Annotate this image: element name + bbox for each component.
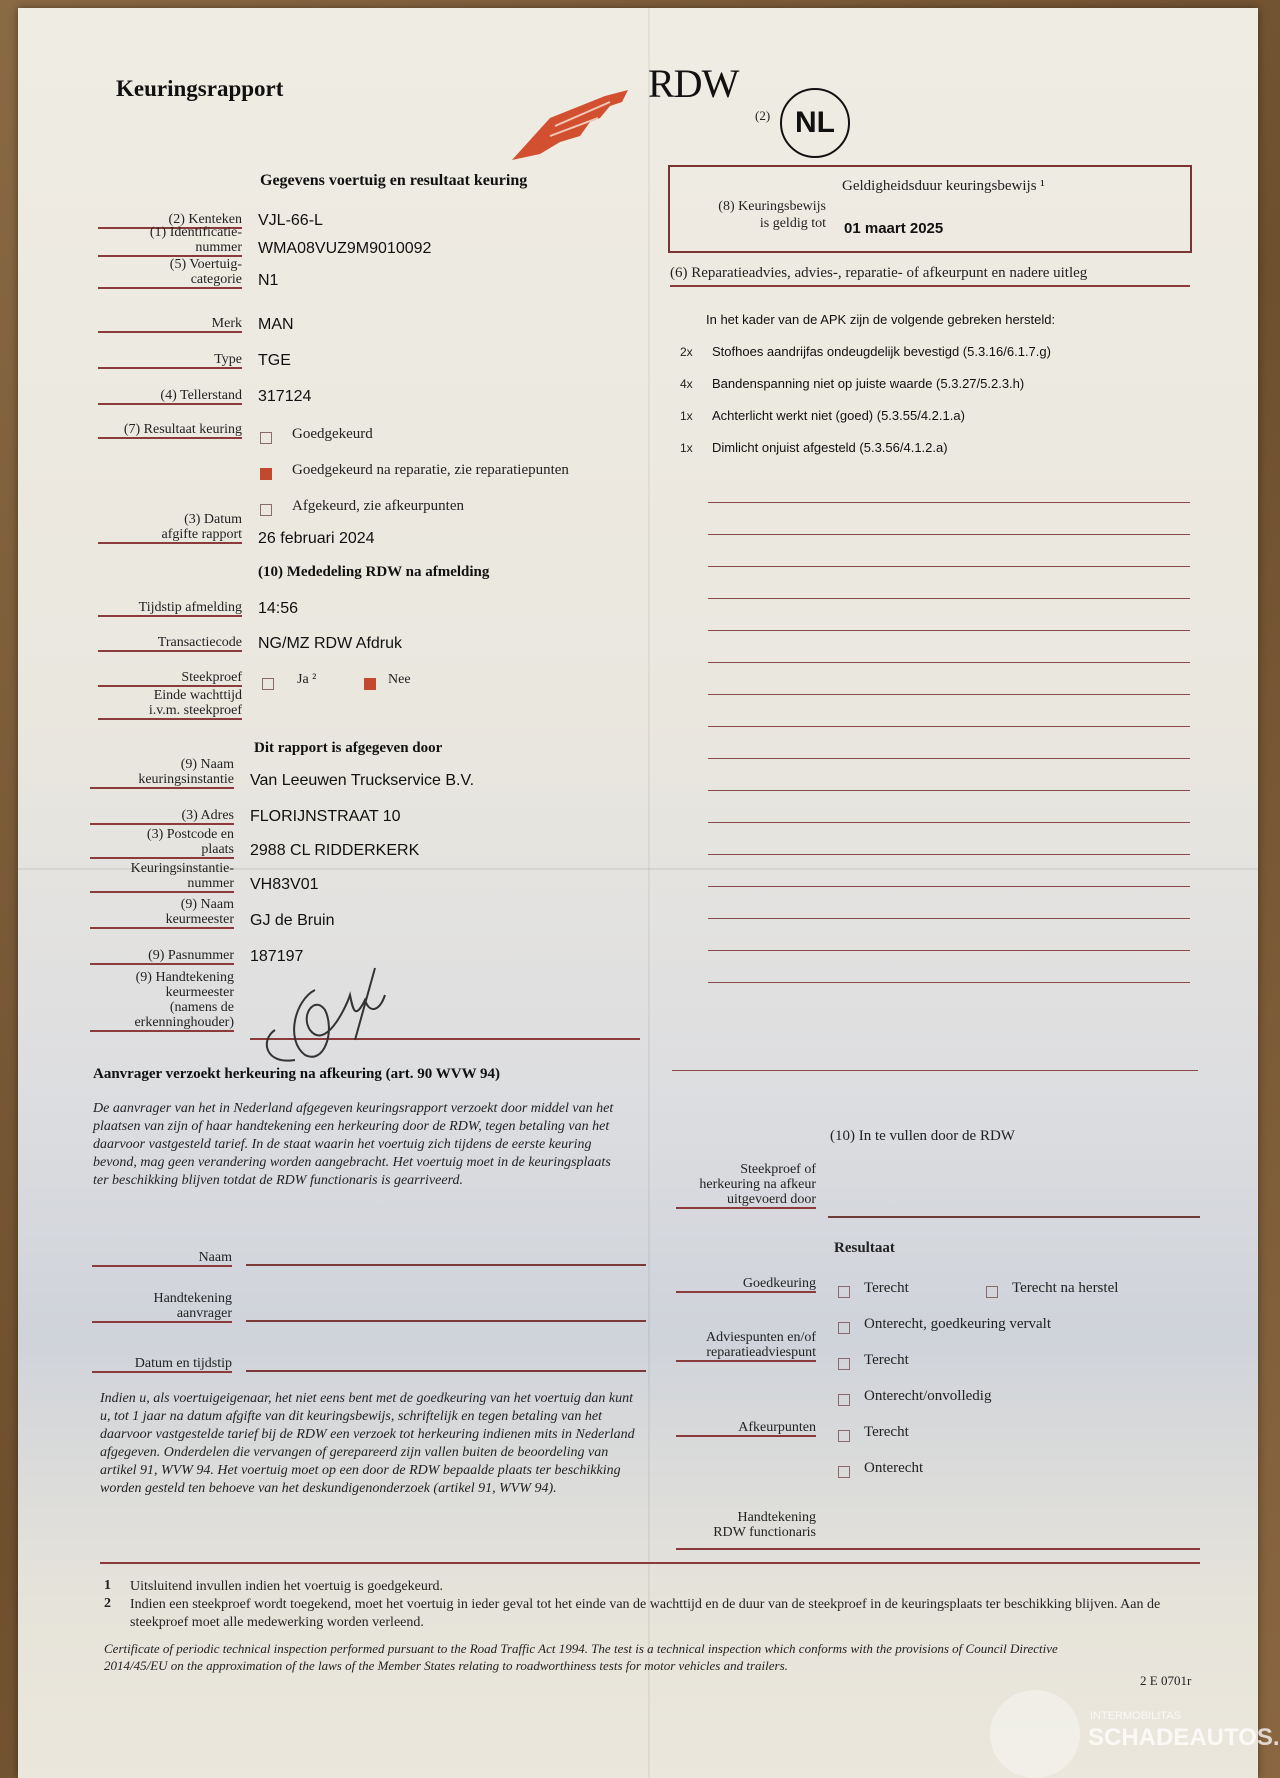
sample-label: Steekproef (98, 670, 242, 687)
footnote-number: 2 (104, 1596, 111, 1612)
repair-text: Achterlicht werkt niet (goed) (5.3.55/4.… (712, 408, 965, 423)
request-field-label: Handtekening aanvrager (92, 1291, 232, 1323)
apk-intro: In het kader van de APK zijn de volgende… (706, 312, 1055, 327)
repair-qty: 1x (680, 409, 712, 423)
reject-label: Afkeurpunten (676, 1420, 816, 1437)
rdw-result-checkbox[interactable] (838, 1286, 850, 1298)
repair-blank-line (708, 630, 1190, 631)
field-label: Type (98, 352, 242, 369)
result-checkbox[interactable] (260, 468, 272, 480)
signature-label: (9) Handtekening keurmeester (namens de … (90, 970, 234, 1032)
repair-blank-line (708, 694, 1190, 695)
document-title: Keuringsrapport (116, 76, 283, 102)
owner-notice: Indien u, als voertuigeigenaar, het niet… (100, 1390, 640, 1498)
field-label: (4) Tellerstand (98, 388, 242, 405)
field-label: (5) Voertuig- categorie (98, 257, 242, 289)
issuer-label: (9) Naam keuringsinstantie (90, 757, 234, 789)
result-label: (7) Resultaat keuring (98, 422, 242, 439)
rdw-result-checkbox[interactable] (838, 1358, 850, 1370)
rdw-result-option-label: Onterecht/onvolledig (864, 1388, 991, 1405)
field-value: WMA08VUZ9M9010092 (258, 240, 431, 258)
repair-blank-line (708, 598, 1190, 599)
repair-qty: 1x (680, 441, 712, 455)
transaction-label: Transactiecode (98, 635, 242, 652)
request-field-input[interactable] (246, 1320, 646, 1322)
approval-label: Goedkeuring (676, 1276, 816, 1293)
footnote-number: 1 (104, 1578, 111, 1594)
field-value: 317124 (258, 388, 311, 406)
issuer-label: (3) Adres (90, 808, 234, 825)
sample-checkbox[interactable] (262, 678, 274, 690)
repair-text: Stofhoes aandrijfas ondeugdelijk bevesti… (712, 344, 1051, 359)
watermark-main: SCHADEAUTOS.NL (1088, 1724, 1280, 1752)
transaction-value: NG/MZ RDW Afdruk (258, 635, 402, 653)
rdw-logo-icon (510, 88, 630, 163)
result-option-label: Goedgekeurd na reparatie, zie reparatiep… (292, 462, 569, 479)
country-code-badge: NL (780, 88, 850, 158)
rdw-result-heading: Resultaat (834, 1240, 895, 1257)
repair-blank-line (708, 918, 1190, 919)
validity-value: 01 maart 2025 (844, 220, 943, 237)
field-value: N1 (258, 272, 278, 290)
field-label: Merk (98, 316, 242, 333)
repairs-heading: (6) Reparatieadvies, advies-, reparatie-… (670, 265, 1190, 287)
issuer-label: (9) Pasnummer (90, 948, 234, 965)
repair-blank-line (708, 502, 1190, 503)
repair-blank-line (708, 822, 1190, 823)
request-field-label: Datum en tijdstip (92, 1356, 232, 1373)
repair-blank-line (708, 726, 1190, 727)
issuer-label: Keuringsinstantie- nummer (90, 861, 234, 893)
rdw-result-checkbox[interactable] (838, 1430, 850, 1442)
rdw-notice-heading: (10) Mededeling RDW na afmelding (258, 564, 489, 581)
request-field-input[interactable] (246, 1370, 646, 1372)
advice-label: Adviespunten en/of reparatieadviespunt (676, 1330, 816, 1362)
repair-blank-line (708, 758, 1190, 759)
wait-label: Einde wachttijd i.v.m. steekproef (98, 688, 242, 720)
rdw-result-checkbox[interactable] (986, 1286, 998, 1298)
issuer-value: FLORIJNSTRAAT 10 (250, 808, 401, 826)
issuer-value: VH83V01 (250, 876, 319, 894)
vehicle-section-heading: Gegevens voertuig en resultaat keuring (260, 172, 527, 190)
sample-checkbox[interactable] (364, 678, 376, 690)
repair-blank-line (708, 534, 1190, 535)
field-value: VJL-66-L (258, 212, 323, 230)
footer-divider (100, 1562, 1200, 1564)
time-value: 14:56 (258, 600, 298, 618)
result-option-label: Goedgekeurd (292, 426, 373, 443)
issuer-label: (9) Naam keurmeester (90, 897, 234, 929)
reinspection-heading: Aanvrager verzoekt herkeuring na afkeuri… (93, 1066, 500, 1083)
rdw-result-option-label: Terecht na herstel (1012, 1280, 1118, 1297)
form-code: 2 E 0701r (1140, 1673, 1191, 1689)
result-checkbox[interactable] (260, 432, 272, 444)
rdw-result-checkbox[interactable] (838, 1466, 850, 1478)
repair-blank-line (708, 790, 1190, 791)
rdw-result-option-label: Terecht (864, 1280, 909, 1297)
result-option-label: Afgekeurd, zie afkeurpunten (292, 498, 464, 515)
rdw-result-checkbox[interactable] (838, 1322, 850, 1334)
issuer-value: Van Leeuwen Truckservice B.V. (250, 772, 474, 790)
sample-option-label: Nee (388, 672, 411, 688)
rdw-result-option-label: Onterecht, goedkeuring vervalt (864, 1316, 1051, 1333)
repair-item: 2xStofhoes aandrijfas ondeugdelijk beves… (680, 344, 1051, 359)
rdw-result-option-label: Terecht (864, 1424, 909, 1441)
rdw-signature-label: Handtekening RDW functionaris (676, 1510, 816, 1540)
reinspection-body: De aanvrager van het in Nederland afgege… (93, 1100, 623, 1190)
footnote-text: Uitsluitend invullen indien het voertuig… (130, 1578, 1170, 1596)
footnote-text: Indien een steekproef wordt toegekend, m… (130, 1596, 1170, 1632)
request-field-input[interactable] (246, 1264, 646, 1266)
sample-option-label: Ja ² (297, 672, 316, 688)
repair-item: 1xDimlicht onjuist afgesteld (5.3.56/4.1… (680, 440, 948, 455)
repair-text: Dimlicht onjuist afgesteld (5.3.56/4.1.2… (712, 440, 948, 455)
watermark-top: INTERMOBILITAS (1090, 1710, 1181, 1722)
globe-icon (990, 1690, 1080, 1778)
field-label: (1) Identificatie- nummer (98, 225, 242, 257)
field-value: TGE (258, 352, 291, 370)
repair-blank-line (708, 854, 1190, 855)
repair-blank-line (672, 1070, 1198, 1071)
issuer-label: (3) Postcode en plaats (90, 827, 234, 859)
rdw-signature-line[interactable] (676, 1548, 1200, 1550)
paper-fold-vertical (648, 8, 650, 1778)
repair-qty: 4x (680, 377, 712, 391)
repair-item: 1xAchterlicht werkt niet (goed) (5.3.55/… (680, 408, 965, 423)
performed-by-label: Steekproef of herkeuring na afkeur uitge… (676, 1162, 816, 1209)
validity-heading: Geldigheidsduur keuringsbewijs ¹ (842, 178, 1045, 195)
repair-text: Bandenspanning niet op juiste waarde (5.… (712, 376, 1024, 391)
rdw-fill-heading: (10) In te vullen door de RDW (830, 1128, 1015, 1145)
date-label: (3) Datum afgifte rapport (98, 512, 242, 544)
field-value: MAN (258, 316, 294, 334)
time-label: Tijdstip afmelding (98, 600, 242, 617)
repair-blank-line (708, 886, 1190, 887)
validity-label: (8) Keuringsbewijs is geldig tot (690, 198, 826, 232)
request-field-label: Naam (92, 1250, 232, 1267)
repair-qty: 2x (680, 345, 712, 359)
inspector-signature-icon (255, 960, 415, 1070)
rdw-result-option-label: Onterecht (864, 1460, 923, 1477)
performed-by-line[interactable] (828, 1216, 1200, 1218)
repair-blank-line (708, 662, 1190, 663)
repair-blank-line (708, 982, 1190, 983)
certificate-text: Certificate of periodic technical inspec… (104, 1640, 1124, 1674)
issuer-value: 2988 CL RIDDERKERK (250, 842, 419, 860)
rdw-result-checkbox[interactable] (838, 1394, 850, 1406)
repair-item: 4xBandenspanning niet op juiste waarde (… (680, 376, 1024, 391)
repair-blank-line (708, 950, 1190, 951)
repair-blank-line (708, 566, 1190, 567)
date-value: 26 februari 2024 (258, 530, 375, 548)
issuer-value: 187197 (250, 948, 303, 966)
issuer-value: GJ de Bruin (250, 912, 334, 930)
country-ref: (2) (755, 108, 770, 124)
result-checkbox[interactable] (260, 504, 272, 516)
issuer-heading: Dit rapport is afgegeven door (254, 740, 442, 757)
rdw-result-option-label: Terecht (864, 1352, 909, 1369)
rdw-brand: RDW (648, 60, 738, 107)
